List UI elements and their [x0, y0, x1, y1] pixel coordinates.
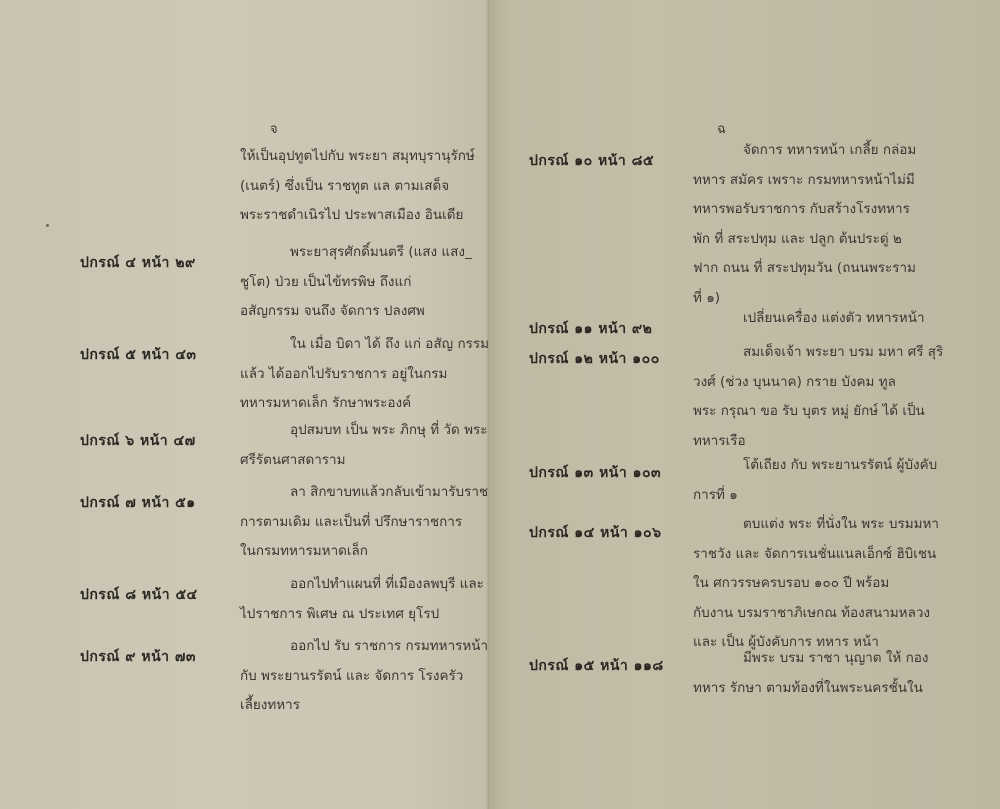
entry-label: ปกรณ์ ๙ หน้า ๗๓ — [80, 646, 196, 668]
text-line: ให้เป็นอุปทูตไปกับ พระยา สมุทบุรานุรักษ์ — [240, 142, 475, 172]
entry-label: ปกรณ์ ๔ หน้า ๒๙ — [80, 252, 196, 274]
left-page: จ ให้เป็นอุปทูตไปกับ พระยา สมุทบุรานุรัก… — [0, 0, 489, 809]
text-line: ศรีรัตนศาสดาราม — [240, 446, 487, 476]
entry-description: ลา สิกขาบทแล้วกลับเข้ามารับราช การตามเดิ… — [240, 478, 488, 567]
text-line: ชูโต) ป่วย เป็นไข้ทรพิษ ถึงแก่ — [240, 268, 472, 298]
text-line: พระยาสุรศักดิ์มนตรี (แสง แสง_ — [240, 238, 472, 268]
text-line: ฟาก ถนน ที่ สระปทุมวัน (ถนนพระราม — [693, 254, 916, 284]
paper-speck — [46, 224, 49, 227]
text-line: พระราชดำเนิรไป ประพาสเมือง อินเดีย — [240, 201, 475, 231]
text-line: วงศ์ (ช่วง บุนนาค) กราย บังคม ทูล — [693, 368, 943, 398]
text-line: ออกไป รับ ราชการ กรมทหารหน้า — [240, 632, 488, 662]
entry-description: สมเด็จเจ้า พระยา บรม มหา ศรี สุริ วงศ์ (… — [693, 338, 943, 456]
text-line: ทหารมหาดเล็ก รักษาพระองค์ — [240, 389, 489, 419]
text-line: ไปราชการ พิเศษ ณ ประเทศ ยุโรป — [240, 600, 484, 630]
text-line: เลี้ยงทหาร — [240, 691, 488, 721]
right-page: ฉ ปกรณ์ ๑๐ หน้า ๘๕ จัดการ ทหารหน้า เกลี้… — [489, 0, 1000, 809]
text-line: กับ พระยานรรัตน์ และ จัดการ โรงครัว — [240, 662, 488, 692]
text-line: สมเด็จเจ้า พระยา บรม มหา ศรี สุริ — [693, 338, 943, 368]
entry-description: จัดการ ทหารหน้า เกลี้ย กล่อม ทหาร สมัคร … — [693, 136, 916, 313]
text-line: มีพระ บรม ราชา นุญาต ให้ กอง — [693, 644, 929, 674]
text-line: อสัญกรรม จนถึง จัดการ ปลงศพ — [240, 297, 472, 327]
entry-label: ปกรณ์ ๗ หน้า ๕๑ — [80, 492, 196, 514]
entry-label: ปกรณ์ ๑๑ หน้า ๙๒ — [529, 318, 652, 340]
text-line: ทหาร สมัคร เพราะ กรมทหารหน้าไม่มี — [693, 166, 916, 196]
entry-description: พระยาสุรศักดิ์มนตรี (แสง แสง_ ชูโต) ป่วย… — [240, 238, 472, 327]
text-line: กับงาน บรมราชาภิเษกณ ท้องสนามหลวง — [693, 599, 939, 629]
text-line: ราชวัง และ จัดการเนชั่นแนลเอ็กซ์ ฮิบิเชน — [693, 540, 939, 570]
entry-description: อุปสมบท เป็น พระ ภิกษุ ที่ วัด พระ ศรีรั… — [240, 416, 487, 475]
text-line: ตบแต่ง พระ ที่นั่งใน พระ บรมมหา — [693, 510, 939, 540]
text-line: พัก ที่ สระปทุม และ ปลูก ต้นประดู่ ๒ — [693, 225, 916, 255]
text-line: ใน เมื่อ บิดา ได้ ถึง แก่ อสัญ กรรม — [240, 330, 489, 360]
continuation-text: ให้เป็นอุปทูตไปกับ พระยา สมุทบุรานุรักษ์… — [240, 142, 475, 231]
entry-description: ใน เมื่อ บิดา ได้ ถึง แก่ อสัญ กรรม แล้ว… — [240, 330, 489, 419]
entry-description: ออกไป รับ ราชการ กรมทหารหน้า กับ พระยานร… — [240, 632, 488, 721]
text-line: (เนตร์) ซึ่งเป็น ราชทูต แล ตามเสด็จ — [240, 172, 475, 202]
text-line: ทหาร รักษา ตามท้องที่ในพระนครชั้นใน — [693, 674, 929, 704]
entry-label: ปกรณ์ ๑๒ หน้า ๑๐๐ — [529, 348, 660, 370]
text-line: พระ กรุณา ขอ รับ บุตร หมู่ ยักษ์ ได้ เป็… — [693, 397, 943, 427]
text-line: ทหารพอรับราชการ กับสร้างโรงทหาร — [693, 195, 916, 225]
open-book-spread: จ ให้เป็นอุปทูตไปกับ พระยา สมุทบุรานุรัก… — [0, 0, 1000, 809]
text-line: ลา สิกขาบทแล้วกลับเข้ามารับราช — [240, 478, 488, 508]
entry-label: ปกรณ์ ๑๔ หน้า ๑๐๖ — [529, 522, 661, 544]
entry-description: ตบแต่ง พระ ที่นั่งใน พระ บรมมหา ราชวัง แ… — [693, 510, 939, 658]
page-folio: จ — [270, 118, 278, 139]
entry-label: ปกรณ์ ๑๕ หน้า ๑๑๘ — [529, 655, 664, 677]
entry-description: ออกไปทำแผนที่ ที่เมืองลพบุรี และ ไปราชกา… — [240, 570, 484, 629]
entry-label: ปกรณ์ ๘ หน้า ๕๔ — [80, 584, 198, 606]
entry-description: มีพระ บรม ราชา นุญาต ให้ กอง ทหาร รักษา … — [693, 644, 929, 703]
entry-label: ปกรณ์ ๖ หน้า ๔๗ — [80, 430, 196, 452]
entry-label: ปกรณ์ ๑๓ หน้า ๑๐๓ — [529, 462, 661, 484]
entry-label: ปกรณ์ ๕ หน้า ๔๓ — [80, 344, 196, 366]
entry-description: เปลี่ยนเครื่อง แต่งตัว ทหารหน้า — [693, 304, 925, 334]
text-line: จัดการ ทหารหน้า เกลี้ย กล่อม — [693, 136, 916, 166]
entry-description: โต้เถียง กับ พระยานรรัตน์ ผู้บังคับ การท… — [693, 451, 937, 510]
entry-label: ปกรณ์ ๑๐ หน้า ๘๕ — [529, 150, 654, 172]
text-line: ออกไปทำแผนที่ ที่เมืองลพบุรี และ — [240, 570, 484, 600]
text-line: ใน ศกวรรษครบรอบ ๑๐๐ ปี พร้อม — [693, 569, 939, 599]
text-line: โต้เถียง กับ พระยานรรัตน์ ผู้บังคับ — [693, 451, 937, 481]
text-line: เปลี่ยนเครื่อง แต่งตัว ทหารหน้า — [693, 304, 925, 334]
text-line: ในกรมทหารมหาดเล็ก — [240, 537, 488, 567]
text-line: การตามเดิม และเป็นที่ ปรึกษาราชการ — [240, 508, 488, 538]
text-line: อุปสมบท เป็น พระ ภิกษุ ที่ วัด พระ — [240, 416, 487, 446]
text-line: แล้ว ได้ออกไปรับราชการ อยู่ในกรม — [240, 360, 489, 390]
text-line: การที่ ๑ — [693, 481, 937, 511]
